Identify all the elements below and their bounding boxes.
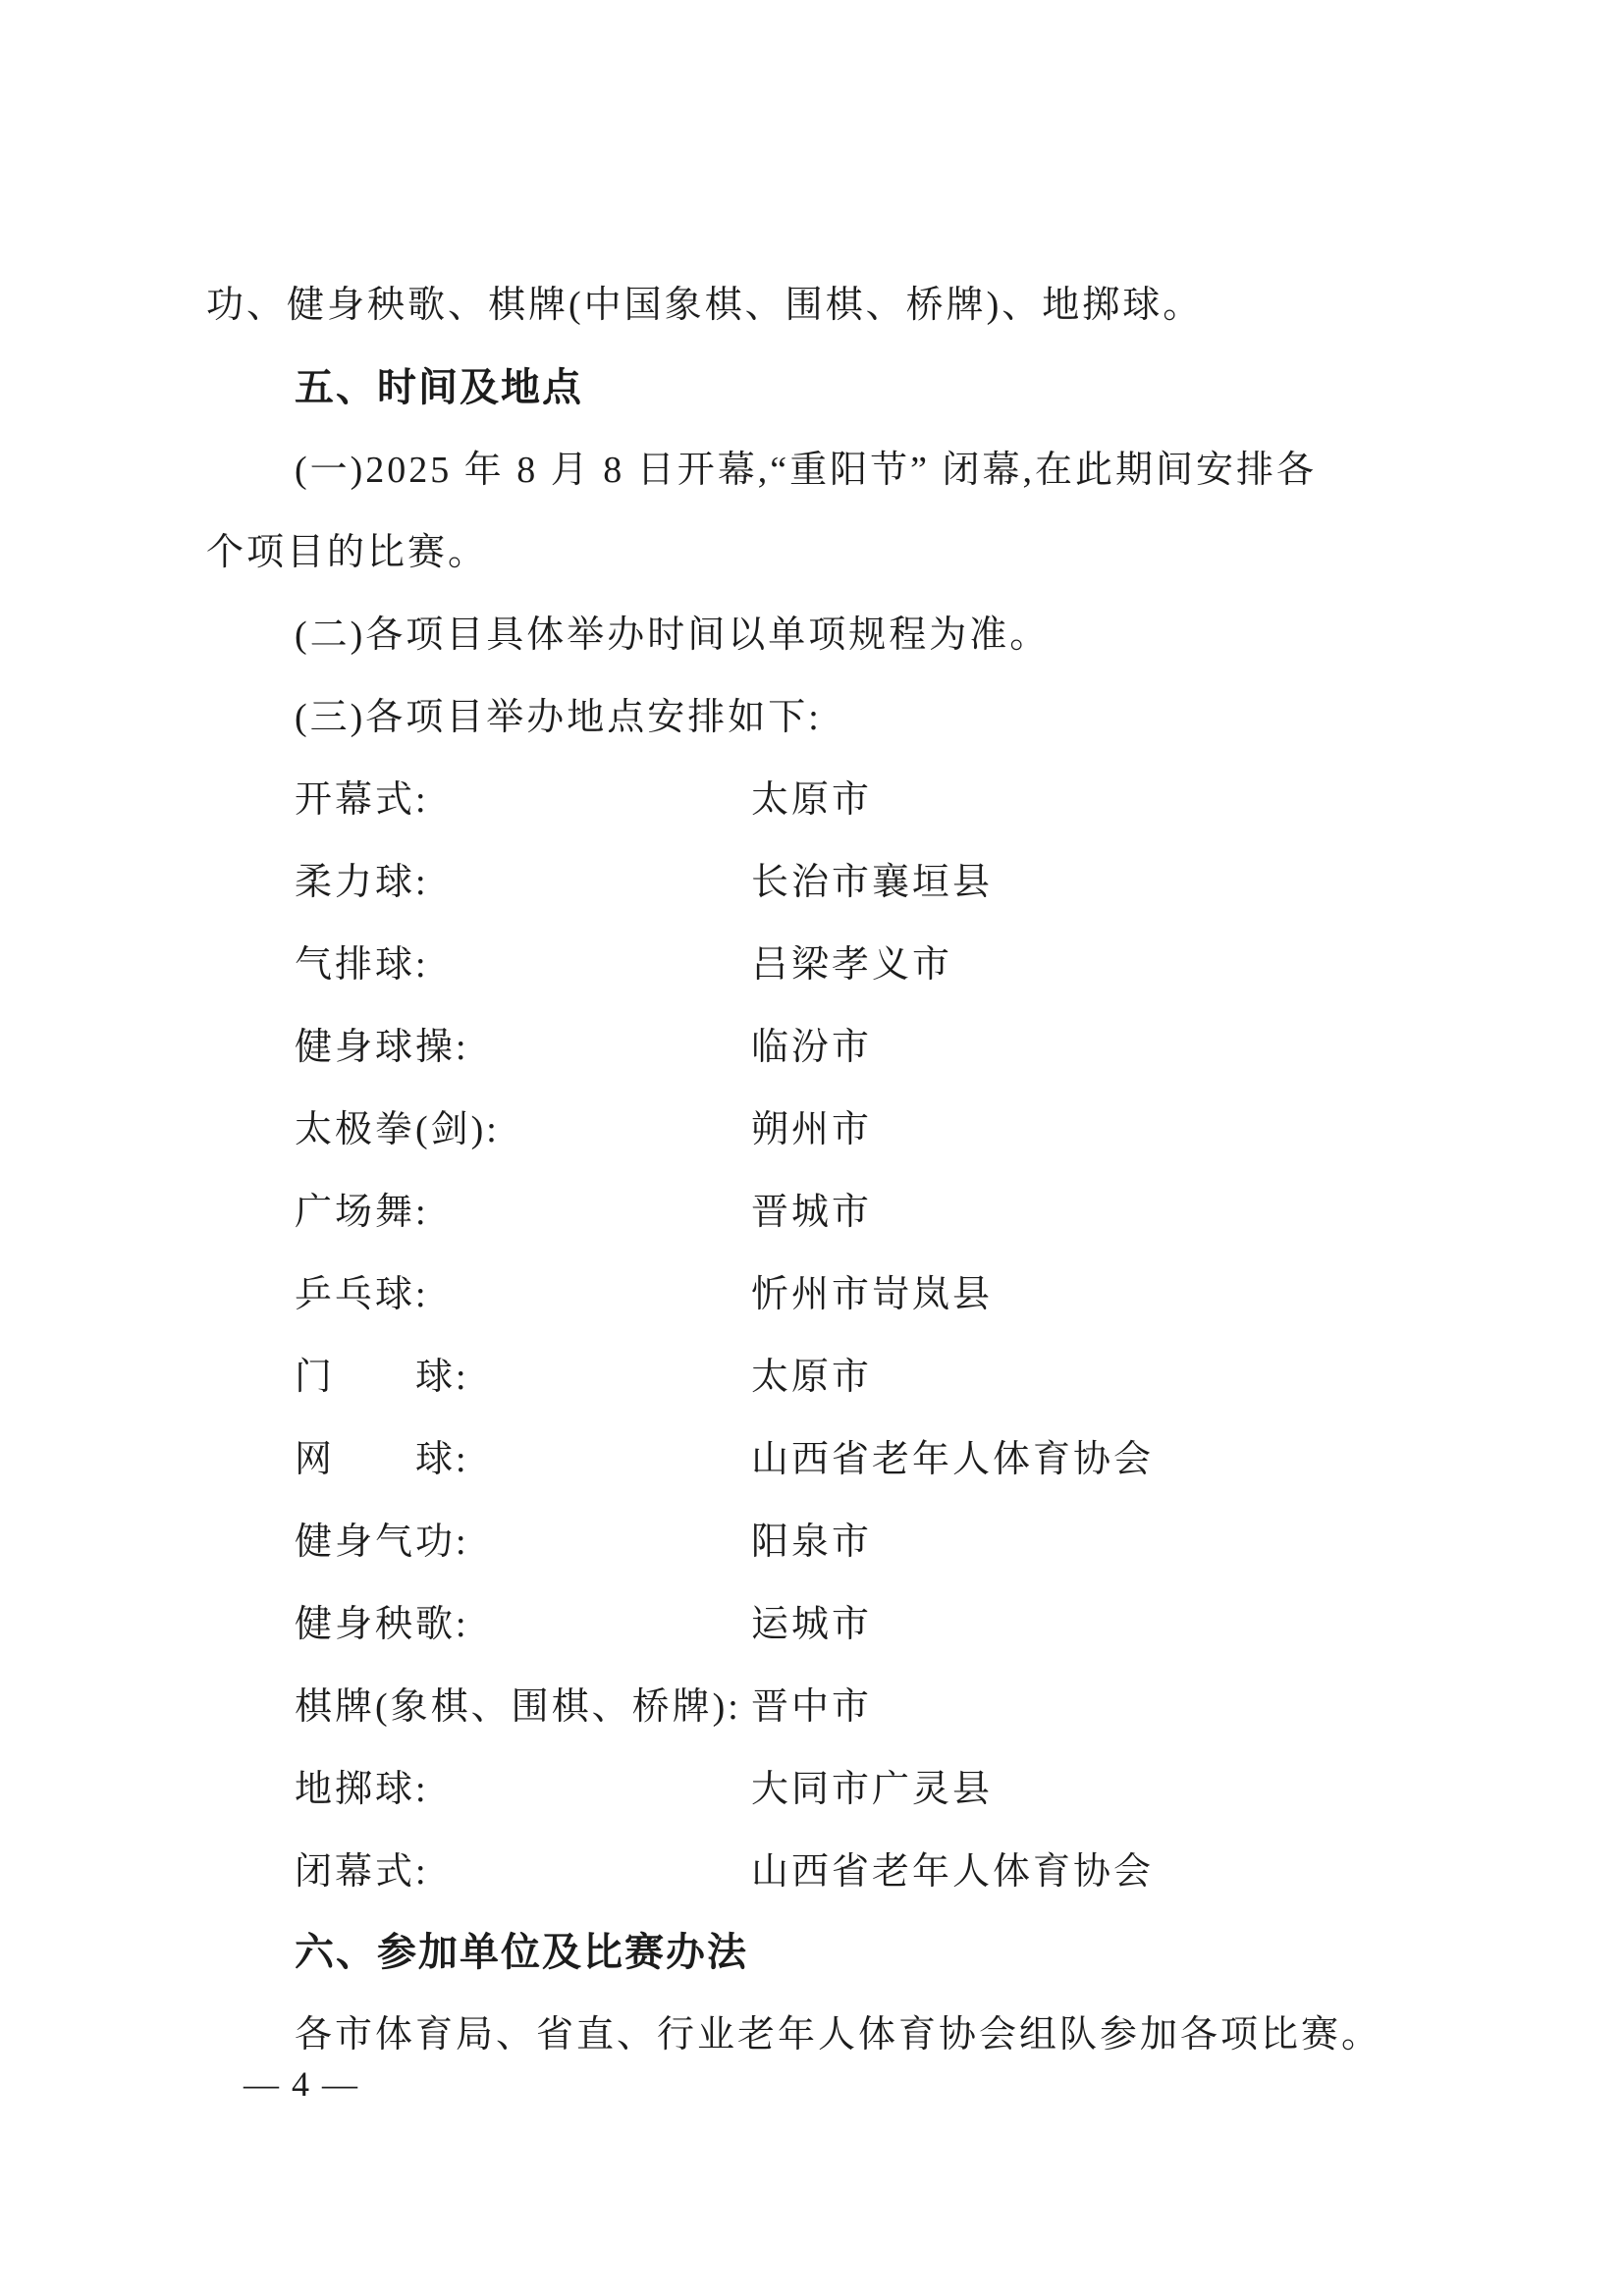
venue-location: 长治市襄垣县 [751, 864, 993, 901]
venue-label: 健身球操: [295, 1029, 469, 1066]
venue-label: 地掷球: [295, 1771, 429, 1808]
participants-body: 各市体育局、省直、行业老年人体育协会组队参加各项比赛。 [0, 2016, 1624, 2054]
time-item-2: (二)各项目具体举办时间以单项规程为准。 [0, 616, 1624, 654]
venue-location: 临汾市 [751, 1029, 872, 1066]
venue-label: 门 球: [295, 1359, 469, 1396]
time-item-1-line-1: (一)2025 年 8 月 8 日开幕,“重阳节” 闭幕,在此期间安排各 [0, 452, 1624, 489]
section-heading-time-location: 五、时间及地点 [0, 368, 1624, 407]
section-heading-participants: 六、参加单位及比赛办法 [0, 1933, 1624, 1972]
intro-text: 功、健身秧歌、棋牌(中国象棋、围棋、桥牌)、地掷球。 [0, 287, 1624, 324]
venue-label: 柔力球: [295, 864, 429, 901]
venue-label: 开幕式: [295, 781, 429, 819]
venue-location: 阳泉市 [751, 1523, 872, 1561]
venue-location: 忻州市岢岚县 [751, 1276, 993, 1313]
venue-row: 闭幕式: 山西省老年人体育协会 [0, 1853, 1624, 2002]
document-page: 功、健身秧歌、棋牌(中国象棋、围棋、桥牌)、地掷球。 五、时间及地点 (一)20… [0, 0, 1624, 2296]
venue-label: 健身秧歌: [295, 1606, 469, 1643]
venue-label: 太极拳(剑): [295, 1111, 500, 1148]
venue-location: 朔州市 [751, 1111, 872, 1148]
venue-label: 乒乓球: [295, 1276, 429, 1313]
venue-label: 广场舞: [295, 1194, 429, 1231]
venue-location: 山西省老年人体育协会 [751, 1853, 1154, 1891]
venue-label: 气排球: [295, 946, 429, 984]
venue-label: 网 球: [295, 1441, 469, 1478]
time-item-3: (三)各项目举办地点安排如下: [0, 699, 1624, 736]
venue-location: 运城市 [751, 1606, 872, 1643]
venue-label: 健身气功: [295, 1523, 469, 1561]
venue-location: 晋中市 [751, 1688, 872, 1726]
venue-location: 吕梁孝义市 [751, 946, 952, 984]
venue-location: 山西省老年人体育协会 [751, 1441, 1154, 1478]
time-item-1-line-2: 个项目的比赛。 [0, 534, 1624, 571]
venue-location: 太原市 [751, 1359, 872, 1396]
venue-label: 棋牌(象棋、围棋、桥牌): [295, 1688, 741, 1726]
page-number: — 4 — [244, 2066, 359, 2102]
venue-location: 大同市广灵县 [751, 1771, 993, 1808]
venue-label: 闭幕式: [295, 1853, 429, 1891]
venue-location: 太原市 [751, 781, 872, 819]
venue-location: 晋城市 [751, 1194, 872, 1231]
